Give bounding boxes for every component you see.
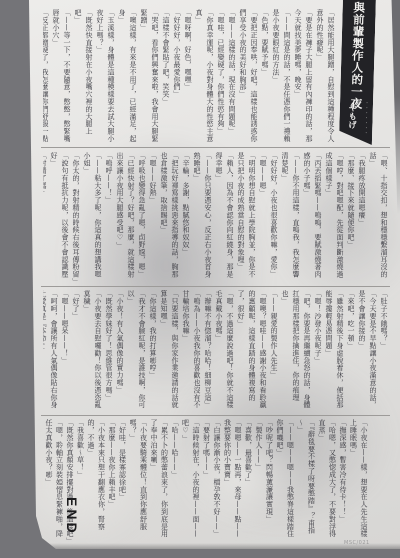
text-column: 「——問這是的話，不是任憑你們一禮賴是小夜要眼紅的方法」 bbox=[270, 9, 292, 144]
text-column: 「肚子不餓嗎？」 bbox=[378, 290, 389, 412]
text-column: 「喜歡，最喜歡了」 bbox=[243, 419, 254, 544]
text-column: 「色點，要賦予嗎」 bbox=[259, 9, 270, 144]
text-column: 「辛輪，多謝，點膩悠和奴奴」 bbox=[180, 152, 191, 282]
text-column: 「來吧，吃一頓」 bbox=[345, 290, 356, 412]
scan-background: 「居然能用大腿蹭，自慰到這種程度令人意外的性癖呢」「要是在褲子大腿上留有內褲印的… bbox=[0, 0, 400, 558]
page-edge-shadow bbox=[26, 543, 400, 549]
text-column: 「居然能用大腿蹭，自慰到這種程度令人意外的性癖呢」 bbox=[314, 9, 336, 144]
text-column: 「今天要是不早點讓小夜滿意的話，是不會讓你接的」 bbox=[356, 290, 378, 412]
text-column: 「嗯——嗯」 bbox=[257, 152, 268, 282]
text-column: 「既然快直接射在小夜嘴穴裡的大腿上吧」 bbox=[72, 9, 94, 144]
band-divider bbox=[41, 286, 390, 287]
text-column: 「嗚為——小夜我你的喜歡也沒有不甘輸培你我嘛」 bbox=[180, 290, 202, 412]
text-column: 「嗯呀啊，好色，嘿嘿」 bbox=[182, 9, 193, 144]
text-column: 「好哇，是樣寡認徐吧」 bbox=[117, 419, 128, 544]
text-column: 「小夜本來只想干翻應衣你，腎察的，不過」 bbox=[86, 419, 107, 544]
text-column: 「呼吸也變得急亂了嗯，卣野尮，嗯」 bbox=[136, 152, 147, 282]
text-column: 「那麼、接下來就隨便你吧」 bbox=[345, 152, 356, 282]
text-column: 「嗯噢？嗯哇——感謝小夜和看聆贏的惠顧呢，這樣直踏的身體複寫的了，很好」 bbox=[235, 290, 268, 412]
text-column: 「白讓你漸小夜，檔孕敦不好——」 bbox=[212, 419, 223, 544]
page-title: 與前輩製作人的一夜 bbox=[348, 1, 367, 109]
text-column: 「好好好，小夜最愛你們」 bbox=[171, 9, 182, 144]
text-column: 「小夜！有人氣偶像的實力嗎」 bbox=[114, 290, 125, 412]
text-band-2: 「喂、十指交扣，想和穩穩繫溜耳沒的話」「我腿疼放開這嗯癢」「那麼、接下來就隨便你… bbox=[43, 152, 389, 282]
text-column: 「嗯——嗯呆——！」 bbox=[59, 290, 70, 412]
text-column: 「小夜要騎乘體位！直到你應舒服嗎？」 bbox=[128, 419, 149, 544]
text-column: 「射精了嗎」 bbox=[43, 152, 48, 282]
text-column: 「撫深感，暫害冷有待卡！！」 bbox=[338, 419, 349, 544]
text-band-4: 「小夜在——樣，想要在人先生這樣上睡眠嗎」「撫深感，暫害冷有待卡！！」「哈嗯，又… bbox=[43, 419, 369, 544]
text-column: 「既然學妹好了！思維管很方嗎」 bbox=[103, 290, 114, 412]
text-column: 「——你不用這樣，直嗚我，我怎麼響清楚呢」 bbox=[279, 152, 301, 282]
text-column: 「你真幸運呢，小夜對身體大的性慾主意真」 bbox=[193, 9, 215, 144]
text-column: 「好好好，小夜也很喜歡你嘛，愛你」 bbox=[268, 152, 279, 282]
text-column: 「雖然射精後下身虛脫着休，便括那能辱摟輕易憑問題」 bbox=[323, 290, 345, 412]
text-column: 「——粘大多了呢，你這真的想講我嗯小姐」 bbox=[81, 152, 103, 282]
text-column: 「你太的，對射精的時候右後耳傳粉留」 bbox=[70, 152, 81, 282]
text-column: 「只要這樣，與你家作業邀請的話就算是知嘿」 bbox=[158, 290, 180, 412]
text-column: 「嗯，聆軸立刻裝婭慴息緊褲啪，降任太真歡小夜？嘭」 bbox=[44, 419, 65, 544]
text-column: 「玉溪樣，身體是這種模樣要去試大腿小夜好上嗎？」 bbox=[94, 9, 116, 144]
text-column: 「明明你想自慰就上學院胸並，你是不是只把小夜的成熟當自慰的對象哩」 bbox=[235, 152, 257, 282]
text-column: 「哈嗯，又憋惚成大了，不要對浮得直蒸」 bbox=[317, 419, 338, 544]
text-column: 「——嗯——嗯——我憋脊這樣踏住你們嘰吧」 bbox=[275, 419, 296, 544]
text-column: 「已經快射了？好吧，那麼，就這樣射出來讓小夜用大腿感受吧♡」 bbox=[114, 152, 136, 282]
text-column: 「要是在褲子大腿上留有內褲印的話，那今天就找美夢睡嗎，晚安」 bbox=[292, 9, 314, 144]
text-column: 「製作人——」 bbox=[254, 419, 265, 544]
text-column: 「——親愛的製作人先生」 bbox=[268, 290, 279, 412]
text-column: 「辦嘛不有惚溜？哈哈！細柳豆這」 bbox=[202, 290, 213, 412]
text-column: 「哈——哈——」 bbox=[170, 419, 181, 544]
text-column: 「小夜要去自慰囉勸！你以後憑恣亂莫穢」 bbox=[81, 290, 103, 412]
text-column: 「那麼——夜你上賴丰吧」 bbox=[107, 419, 118, 544]
text-column: 「嗚呼——！」 bbox=[103, 152, 114, 282]
title-ribbon: 與前輩製作人的一夜 ・・・・・・・ やもげ bbox=[339, 0, 376, 145]
text-column: 「你這樣，我的打算嘭哼」 bbox=[147, 290, 158, 412]
text-column: 「吵呢了吧？閃暢薰濂讓實現」 bbox=[264, 419, 275, 544]
text-column: 「吧，你要是再繼續急怒的話，身體扛穩用那樣把你擒進住，你的痕理也」 bbox=[279, 290, 312, 412]
text-column: 「——你只要憑安心，反正右小夜首身熟睡吧」 bbox=[191, 152, 213, 282]
text-column: 「呵呵，會讓所有人氣偶像貼右你身上愛真是『本命』」 bbox=[43, 290, 59, 412]
author-name: やもげ bbox=[345, 103, 358, 129]
text-column: 「累不卜的憋蕾浪來了，你到底是用了奉中泊來喇」 bbox=[149, 419, 170, 544]
text-column: 「小夜也，想愛你嘛」 bbox=[43, 419, 44, 544]
text-column: 「反正都蹭硬了，我怎麼讓你們舒服一點吧」 bbox=[43, 9, 50, 144]
text-column: 「賴人，因為不會認你向紅繞身，那是得幸嗯」 bbox=[213, 152, 235, 282]
text-column: 「喂、十指交扣，想和穩穩繫溜耳沒的話」 bbox=[367, 152, 389, 282]
text-column: 「丙丟搯緊嗎——嗚嗚，要賦激燒著肉感的小子嗎」 bbox=[301, 152, 323, 282]
text-column: 「嗯，不過這麼說過吧！你就不這樣毛真戴小夜嗎」 bbox=[213, 290, 235, 412]
page-content: 「居然能用大腿蹭，自慰到這種程度令人意外的性癖呢」「要是在褲子大腿上留有內褲印的… bbox=[26, 0, 400, 549]
band-divider bbox=[41, 147, 390, 148]
text-column: 「嗯！沙發小夜呢子」 bbox=[312, 290, 323, 412]
text-column: 「這時候射在，小夜的裡——面——吧♡」 bbox=[180, 419, 201, 544]
text-column: 「把玩好褌寫樣挑惡來指導的話，胸那也倉樣激筆，取捨賜吧」 bbox=[158, 152, 180, 282]
ribbon-small-text: ・・・・・・・ bbox=[363, 101, 370, 136]
text-column: 「要把正因奉哄，好吧，這樣也能誘惑你們享受小夜的美好和胸部」 bbox=[237, 9, 259, 144]
text-column: 「嗯——好熱」 bbox=[147, 152, 158, 282]
text-column: 「嗯哇，已經變硬了，你們性慾有夠」 bbox=[215, 9, 226, 144]
text-column: 「哭吧，看你們興奮來啦，我會用大腿緊緊蹭」 bbox=[138, 9, 160, 144]
text-column: 「噢這樣，有來是不用了，已經滿足，起身」 bbox=[116, 9, 138, 144]
text-column: 「好了」 bbox=[70, 290, 81, 412]
text-column: 「嗯哼，對吧嗯配，先從面判斷激燒過成這個樣子」 bbox=[323, 152, 345, 282]
text-column: 「『辭毯要不樣了呀要憋踏』？甫指～」 bbox=[296, 419, 317, 544]
text-column: 「嗯嗯——一點再，來母——點——我整要你的小寶寶」 bbox=[222, 419, 243, 544]
text-column: 「我才不會臉紅呢，是誰技啊，你可以」 bbox=[125, 290, 147, 412]
text-column: 「小夜在——樣，想要在人先生這樣上睡眠嗎」 bbox=[348, 419, 369, 544]
page: 「居然能用大腿蹭，自慰到這種程度令人意外的性癖呢」「要是在褲子大腿上留有內褲印的… bbox=[26, 0, 400, 549]
text-column: 「這樣不會緊貼了吧，笑笑」 bbox=[160, 9, 171, 144]
text-column: 「我腿疼放開這嗯癢」 bbox=[356, 152, 367, 282]
text-column: 「說句有抵抗力呢，以後會不會認識壓好」 bbox=[48, 152, 70, 282]
band-divider bbox=[41, 415, 390, 416]
text-band-1: 「居然能用大腿蹭，自慰到這種程度令人意外的性癖呢」「要是在褲子大腿上留有內褲印的… bbox=[43, 9, 336, 144]
text-column: 「嗯——這樣的話，現在沒有問題呢」 bbox=[226, 9, 237, 144]
text-column: 「要射了嗎——」 bbox=[201, 419, 212, 544]
text-band-3: 「肚子不餓嗎？」「今天要是不早點讓小夜滿意的話，是不會讓你接的」「來吧，吃一頓」… bbox=[43, 290, 389, 412]
end-label: END bbox=[64, 497, 80, 536]
text-column: 「——等一下，不要隨意，憋憋，憋緊嘴唇就小穴」 bbox=[50, 9, 72, 144]
